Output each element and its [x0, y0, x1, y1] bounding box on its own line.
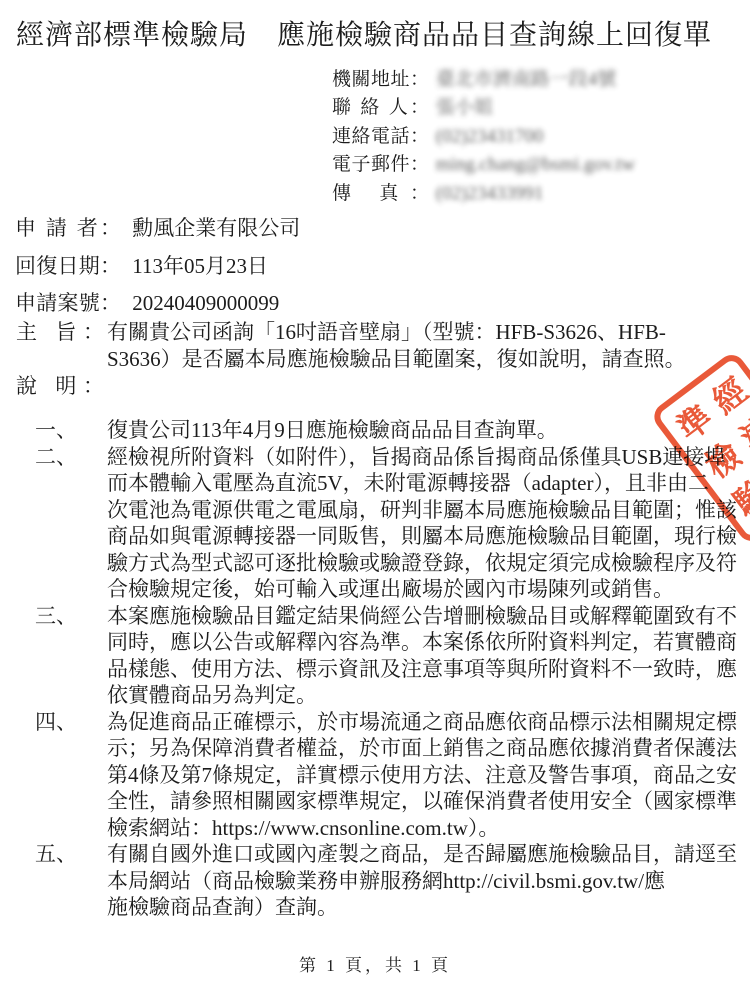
text-line: 合檢驗規定後，始可輸入或運出廠場於國內市場陳列或銷售。 [107, 576, 743, 603]
text-line: 施檢驗商品查詢）查詢。 [107, 894, 743, 921]
agency-contact-label: 聯 絡 人： [332, 94, 429, 122]
paragraph-text: 本案應施檢驗品目鑑定結果倘經公告增刪檢驗品目或解釋範圍致有不同時，應以公告或解釋… [107, 603, 743, 709]
agency-address-row: 機關地址： 臺北市濟南路一段4號 [332, 66, 635, 94]
text-line: 有關貴公司函詢「16吋語音壁扇」（型號：HFB-S3626、HFB- [107, 319, 741, 346]
paragraph-item-3: 三、 本案應施檢驗品目鑑定結果倘經公告增刪檢驗品目或解釋範圍致有不同時，應以公告… [35, 603, 743, 709]
paragraph-item-1: 一、 復貴公司113年4月9日應施檢驗商品品目查詢單。 [35, 417, 743, 444]
applicant-name-label: 申 請 者： [15, 210, 121, 248]
explanation-label: 說 明： [16, 373, 104, 400]
agency-fax-value: (02)23433991 [436, 180, 544, 208]
agency-email-row: 電子郵件： ming.chang@bsmi.gov.tw [332, 151, 635, 179]
paragraph-text: 經檢視所附資料（如附件），旨揭商品係旨揭商品係僅具USB連接埠而本體輸入電壓為直… [107, 444, 743, 603]
page-title: 經濟部標準檢驗局 應施檢驗商品品目查詢線上回復單 [16, 13, 746, 53]
agency-fax-label: 傳 真： [332, 180, 429, 208]
reply-date-value: 113年05月23日 [132, 254, 268, 278]
document-page: 經濟部標準檢驗局 應施檢驗商品品目查詢線上回復單 機關地址： 臺北市濟南路一段4… [0, 0, 750, 986]
applicant-name-row: 申 請 者： 勳風企業有限公司 [15, 210, 300, 248]
paragraph-text: 復貴公司113年4月9日應施檢驗商品品目查詢單。 [107, 417, 743, 444]
agency-fax-row: 傳 真： (02)23433991 [332, 180, 635, 208]
case-number-value: 20240409000099 [132, 291, 279, 315]
subject-block: 主 旨： 有關貴公司函詢「16吋語音壁扇」（型號：HFB-S3626、HFB-S… [16, 319, 741, 400]
text-line: 示；另為保障消費者權益，於市面上銷售之商品應依據消費者保護法 [107, 735, 743, 762]
case-number-row: 申請案號： 20240409000099 [15, 285, 300, 323]
text-line: 驗方式為型式認可逐批檢驗或驗證登錄，依規定須完成檢驗程序及符 [107, 550, 743, 577]
text-line: 有關自國外進口或國內產製之商品，是否歸屬應施檢驗品目，請逕至 [107, 841, 743, 868]
text-line: 經檢視所附資料（如附件），旨揭商品係旨揭商品係僅具USB連接埠 [107, 444, 743, 471]
agency-phone-label: 連絡電話： [332, 123, 429, 151]
applicant-block: 申 請 者： 勳風企業有限公司 回復日期： 113年05月23日 申請案號： 2… [15, 210, 300, 323]
text-line: 商品如與電源轉接器一同販售，則屬本局應施檢驗品目範圍，現行檢 [107, 523, 743, 550]
agency-info-block: 機關地址： 臺北市濟南路一段4號 聯 絡 人： 張小姐 連絡電話： (02)23… [332, 66, 635, 208]
reply-date-row: 回復日期： 113年05月23日 [15, 248, 300, 286]
text-line: 依實體商品另為判定。 [107, 682, 743, 709]
subject-row: 主 旨： 有關貴公司函詢「16吋語音壁扇」（型號：HFB-S3626、HFB-S… [16, 319, 741, 373]
agency-contact-value: 張小姐 [436, 94, 493, 122]
subject-label: 主 旨： [16, 319, 104, 373]
text-line: 檢索網站：https://www.cnsonline.com.tw）。 [107, 815, 743, 842]
agency-phone-row: 連絡電話： (02)23431700 [332, 123, 635, 151]
text-line: S3636）是否屬本局應施檢驗品目範圍案，復如說明，請查照。 [107, 346, 741, 373]
paragraph-text: 為促進商品正確標示，於市場流通之商品應依商品標示法相關規定標示；另為保障消費者權… [107, 709, 743, 842]
agency-email-label: 電子郵件： [332, 151, 429, 179]
paragraph-item-2: 二、 經檢視所附資料（如附件），旨揭商品係旨揭商品係僅具USB連接埠而本體輸入電… [35, 444, 743, 603]
reply-date-label: 回復日期： [15, 248, 121, 286]
text-line: 本局網站（商品檢驗業務申辦服務網http://civil.bsmi.gov.tw… [107, 868, 743, 895]
text-line: 本案應施檢驗品目鑑定結果倘經公告增刪檢驗品目或解釋範圍致有不 [107, 603, 743, 630]
page-number-footer: 第 1 頁，共 1 頁 [0, 951, 750, 976]
agency-email-value: ming.chang@bsmi.gov.tw [436, 151, 635, 179]
paragraph-number: 四、 [35, 709, 107, 842]
text-line: 品樣態、使用方法、標示資訊及注意事項等與所附資料不一致時，應 [107, 656, 743, 683]
paragraph-item-5: 五、 有關自國外進口或國內產製之商品，是否歸屬應施檢驗品目，請逕至本局網站（商品… [35, 841, 743, 921]
agency-phone-value: (02)23431700 [436, 123, 544, 151]
agency-address-value: 臺北市濟南路一段4號 [436, 66, 617, 94]
subject-text: 有關貴公司函詢「16吋語音壁扇」（型號：HFB-S3626、HFB-S3636）… [107, 319, 741, 373]
text-line: 同時，應以公告或解釋內容為準。本案係依所附資料判定，若實體商 [107, 629, 743, 656]
paragraph-number: 一、 [35, 417, 107, 444]
paragraph-number: 五、 [35, 841, 107, 921]
case-number-label: 申請案號： [15, 285, 121, 323]
explanation-row: 說 明： [16, 373, 741, 400]
agency-address-label: 機關地址： [332, 66, 429, 94]
paragraph-text: 有關自國外進口或國內產製之商品，是否歸屬應施檢驗品目，請逕至本局網站（商品檢驗業… [107, 841, 743, 921]
agency-contact-row: 聯 絡 人： 張小姐 [332, 94, 635, 122]
applicant-name-value: 勳風企業有限公司 [132, 216, 300, 240]
text-line: 而本體輸入電壓為直流5V，未附電源轉接器（adapter），且非由二 [107, 470, 743, 497]
text-line: 為促進商品正確標示，於市場流通之商品應依商品標示法相關規定標 [107, 709, 743, 736]
paragraph-number: 二、 [35, 444, 107, 603]
text-line: 次電池為電源供電之電風扇，研判非屬本局應施檢驗品目範圍；惟該 [107, 497, 743, 524]
paragraph-list: 一、 復貴公司113年4月9日應施檢驗商品品目查詢單。 二、 經檢視所附資料（如… [35, 417, 743, 921]
paragraph-item-4: 四、 為促進商品正確標示，於市場流通之商品應依商品標示法相關規定標示；另為保障消… [35, 709, 743, 842]
paragraph-number: 三、 [35, 603, 107, 709]
text-line: 第4條及第7條規定，詳實標示使用方法、注意及警告事項，商品之安 [107, 762, 743, 789]
text-line: 全性，請參照相關國家標準規定，以確保消費者使用安全（國家標準 [107, 788, 743, 815]
text-line: 復貴公司113年4月9日應施檢驗商品品目查詢單。 [107, 417, 743, 444]
